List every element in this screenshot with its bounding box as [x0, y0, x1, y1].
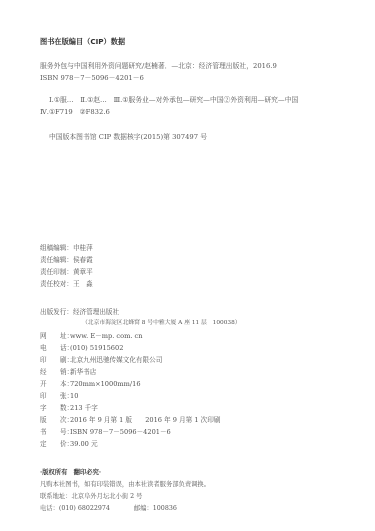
- spec-label: 版: [40, 417, 60, 424]
- credit-label: 责任校对：: [40, 280, 73, 288]
- rights-notice: ·版权所有 翻印必究·: [40, 470, 101, 476]
- spec-label: 网: [40, 333, 60, 340]
- credit-row: 责任编辑：侯春霞: [40, 257, 93, 264]
- spec-row: 经销：新华书店: [40, 369, 96, 376]
- spec-row: 定价：39.00 元: [40, 441, 98, 448]
- publisher-row: 出版发行：经济管理出版社: [40, 309, 119, 316]
- spec-value: 北京九州迅驰传媒文化有限公司: [70, 356, 162, 364]
- cip-subject-line: Ⅰ.①服… Ⅱ.①赵… Ⅲ.①服务业—对外承包—研究—中国②外资利用—研究—中国: [49, 97, 298, 104]
- credit-value: 黄章平: [73, 268, 93, 276]
- contact-phone: 电话：(010) 68022974: [40, 505, 110, 512]
- spec-value: 10: [70, 392, 78, 400]
- spec-value: www. E－mp. com. cn: [70, 332, 142, 340]
- spec-label: 书: [40, 429, 60, 436]
- contact-line: 电话：(010) 68022974 邮编：100836: [40, 506, 177, 512]
- spec-row: 版次：2016 年 9 月第 1 版 2016 年 9 月第 1 次印刷: [40, 417, 220, 424]
- spec-label: 字: [40, 405, 60, 412]
- spec-label: 经: [40, 369, 60, 376]
- contact-address: 联系地址：北京阜外月坛北小街 2 号: [40, 494, 142, 500]
- publisher-label: 出版发行：: [40, 308, 73, 316]
- credit-row: 组稿编辑：申桂萍: [40, 245, 93, 252]
- contact-postcode: 邮编：100836: [134, 505, 177, 512]
- cip-catalog-number: 中国版本图书馆 CIP 数据核字(2015)第 307497 号: [49, 134, 207, 141]
- spec-row: 网址：www. E－mp. com. cn: [40, 333, 142, 340]
- spec-label: 电: [40, 345, 60, 352]
- spec-row: 印刷：北京九州迅驰传媒文化有限公司: [40, 357, 162, 364]
- copyright-page: 图书在版编目（CIP）数据 服务外包与中国利用外资问题研究/赵楠著．—北京：经济…: [0, 0, 375, 531]
- spec-row: 书号：ISBN 978－7－5096－4201－6: [40, 429, 171, 436]
- publisher-name: 经济管理出版社: [73, 308, 119, 316]
- spec-row: 印张：10: [40, 393, 78, 400]
- spec-value: 720mm×1000mm/16: [70, 380, 141, 388]
- spec-value: ISBN 978－7－5096－4201－6: [70, 428, 171, 436]
- cip-title-line: 服务外包与中国利用外资问题研究/赵楠著．—北京：经济管理出版社，2016.9: [40, 63, 277, 70]
- credit-value: 王 淼: [73, 280, 93, 288]
- cip-isbn-line: ISBN 978－7－5096－4201－6: [40, 75, 144, 82]
- credit-value: 侯春霞: [73, 256, 93, 264]
- spec-label: 定: [40, 441, 60, 448]
- credit-label: 责任编辑：: [40, 256, 73, 264]
- publisher-address: （北京市海淀区北蜂窝 8 号中雅大厦 A 座 11 层 100038）: [82, 321, 241, 327]
- replacement-notice: 凡购本社图书，如有印装错误，由本社读者服务部负责调换。: [40, 482, 210, 488]
- spec-value: 2016 年 9 月第 1 版 2016 年 9 月第 1 次印刷: [70, 416, 220, 424]
- spec-row: 字数：213 千字: [40, 405, 98, 412]
- credit-row: 责任校对：王 淼: [40, 281, 93, 288]
- cip-heading: 图书在版编目（CIP）数据: [40, 38, 125, 45]
- spec-value: (010) 51915602: [70, 344, 123, 352]
- spec-row: 开本：720mm×1000mm/16: [40, 381, 141, 388]
- spec-row: 电话：(010) 51915602: [40, 345, 123, 352]
- cip-classification-line: Ⅳ.①F719 ②F832.6: [40, 109, 110, 116]
- spec-label: 开: [40, 381, 60, 388]
- spec-label: 印: [40, 357, 60, 364]
- spec-value: 新华书店: [70, 368, 96, 376]
- credit-row: 责任印制：黄章平: [40, 269, 93, 276]
- credit-label: 责任印制：: [40, 268, 73, 276]
- spec-value: 213 千字: [70, 404, 98, 412]
- spec-value: 39.00 元: [70, 440, 98, 448]
- credit-value: 申桂萍: [73, 244, 93, 252]
- spec-label: 印: [40, 393, 60, 400]
- credit-label: 组稿编辑：: [40, 244, 73, 252]
